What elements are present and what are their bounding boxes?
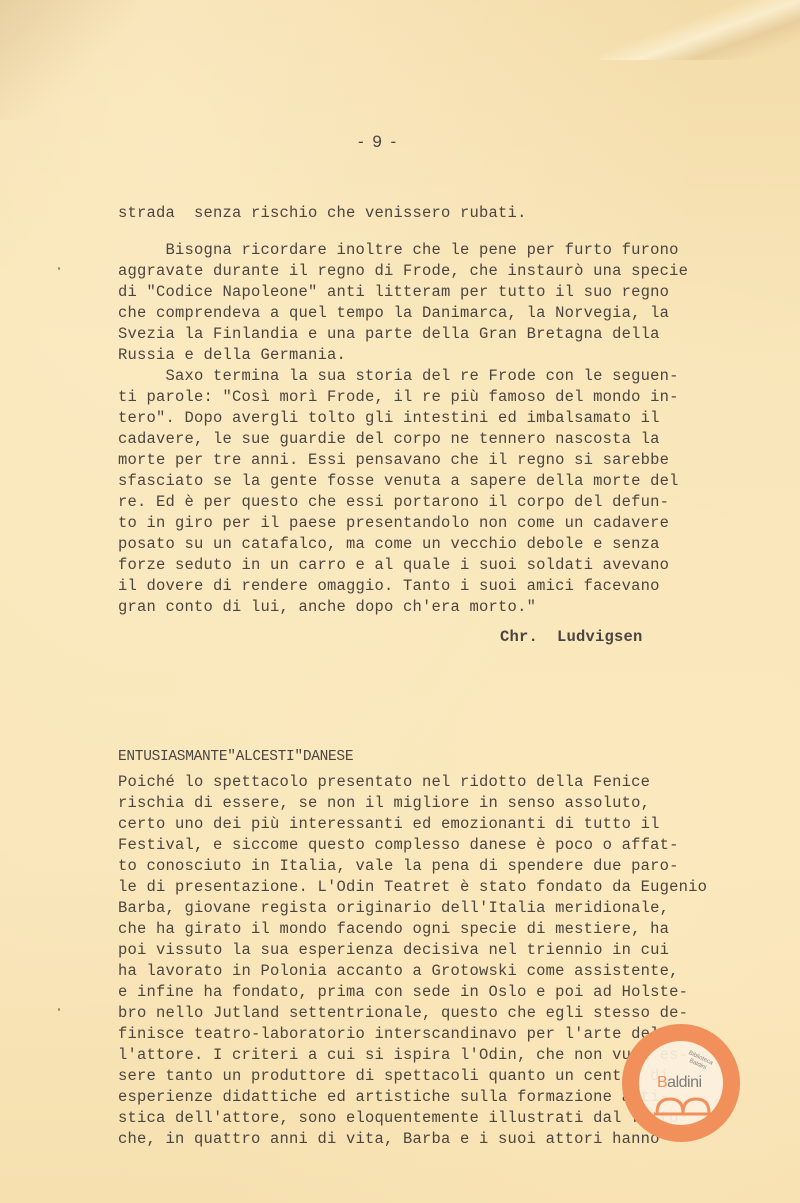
text-line: sere tanto un produttore di spettacoli q… [118,1069,669,1085]
text-line: certo uno dei più interessanti ed emozio… [118,817,660,833]
text-line: esperienze didattiche ed artistiche sull… [118,1090,669,1106]
text-line: to in giro per il paese presentandolo no… [118,516,669,532]
text-line: Barba, giovane regista originario dell'I… [118,901,669,917]
paper-fold-top-right [600,0,800,60]
text-line: Poiché lo spettacolo presentato nel rido… [118,775,650,791]
text-line: cadavere, le sue guardie del corpo ne te… [118,432,660,448]
text-line: Svezia la Finlandia e una parte della Gr… [118,327,660,343]
text-line: l'attore. I criteri a cui si ispira l'Od… [118,1048,688,1064]
text-line: che ha girato il mondo facendo ogni spec… [118,922,669,938]
text-line: Russia e della Germania. [118,348,346,364]
text-line: tero". Dopo avergli tolto gli intestini … [118,411,660,427]
text-line: e infine ha fondato, prima con sede in O… [118,985,688,1001]
text-line: che comprendeva a quel tempo la Danimarc… [118,306,669,322]
text-line: Bisogna ricordare inoltre che le pene pe… [118,243,679,259]
library-stamp: Biblioteca Baldini Baldini [622,1024,740,1142]
paper-shadow-top-left [0,0,140,120]
text-line: finisce teatro-laboratorio interscandina… [118,1027,669,1043]
stamp-small-text: Biblioteca Baldini [678,1047,720,1076]
text-line: le di presentazione. L'Odin Teatret è st… [118,880,707,896]
text-line: bro nello Jutland settentrionale, questo… [118,1006,688,1022]
paper-speck [58,267,60,270]
author-signature: Chr. Ludvigsen [500,630,643,646]
paper-speck [58,1008,60,1011]
page-number: - 9 - [358,133,398,150]
text-line: re. Ed è per questo che essi portarono i… [118,495,669,511]
text-line: gran conto di lui, anche dopo ch'era mor… [118,600,536,616]
book-logo-icon [653,1095,713,1117]
text-line: forze seduto in un carro e al quale i su… [118,558,669,574]
text-line: di "Codice Napoleone" anti litteram per … [118,285,669,301]
text-line: strada senza rischio che venissero rubat… [118,206,527,222]
text-line: posato su un catafalco, ma come un vecch… [118,537,660,553]
text-line: aggravate durante il regno di Frode, che… [118,264,688,280]
article-heading: ENTUSIASMANTE"ALCESTI"DANESE [118,750,353,765]
text-line: rischia di essere, se non il migliore in… [118,796,650,812]
text-line: sfasciato se la gente fosse venuta a sap… [118,474,679,490]
stamp-name: Baldini [657,1074,702,1092]
text-line: to conosciuto in Italia, vale la pena di… [118,859,679,875]
text-line: poi vissuto la sua esperienza decisiva n… [118,943,669,959]
text-line: morte per tre anni. Essi pensavano che i… [118,453,669,469]
text-line: il dovere di rendere omaggio. Tanto i su… [118,579,660,595]
text-line: stica dell'attore, sono eloquentemente i… [118,1111,679,1127]
text-line: ti parole: "Così morì Frode, il re più f… [118,390,679,406]
text-line: ha lavorato in Polonia accanto a Grotows… [118,964,679,980]
text-line: che, in quattro anni di vita, Barba e i … [118,1132,660,1148]
text-line: Festival, e siccome questo complesso dan… [118,838,679,854]
text-line: Saxo termina la sua storia del re Frode … [118,369,679,385]
